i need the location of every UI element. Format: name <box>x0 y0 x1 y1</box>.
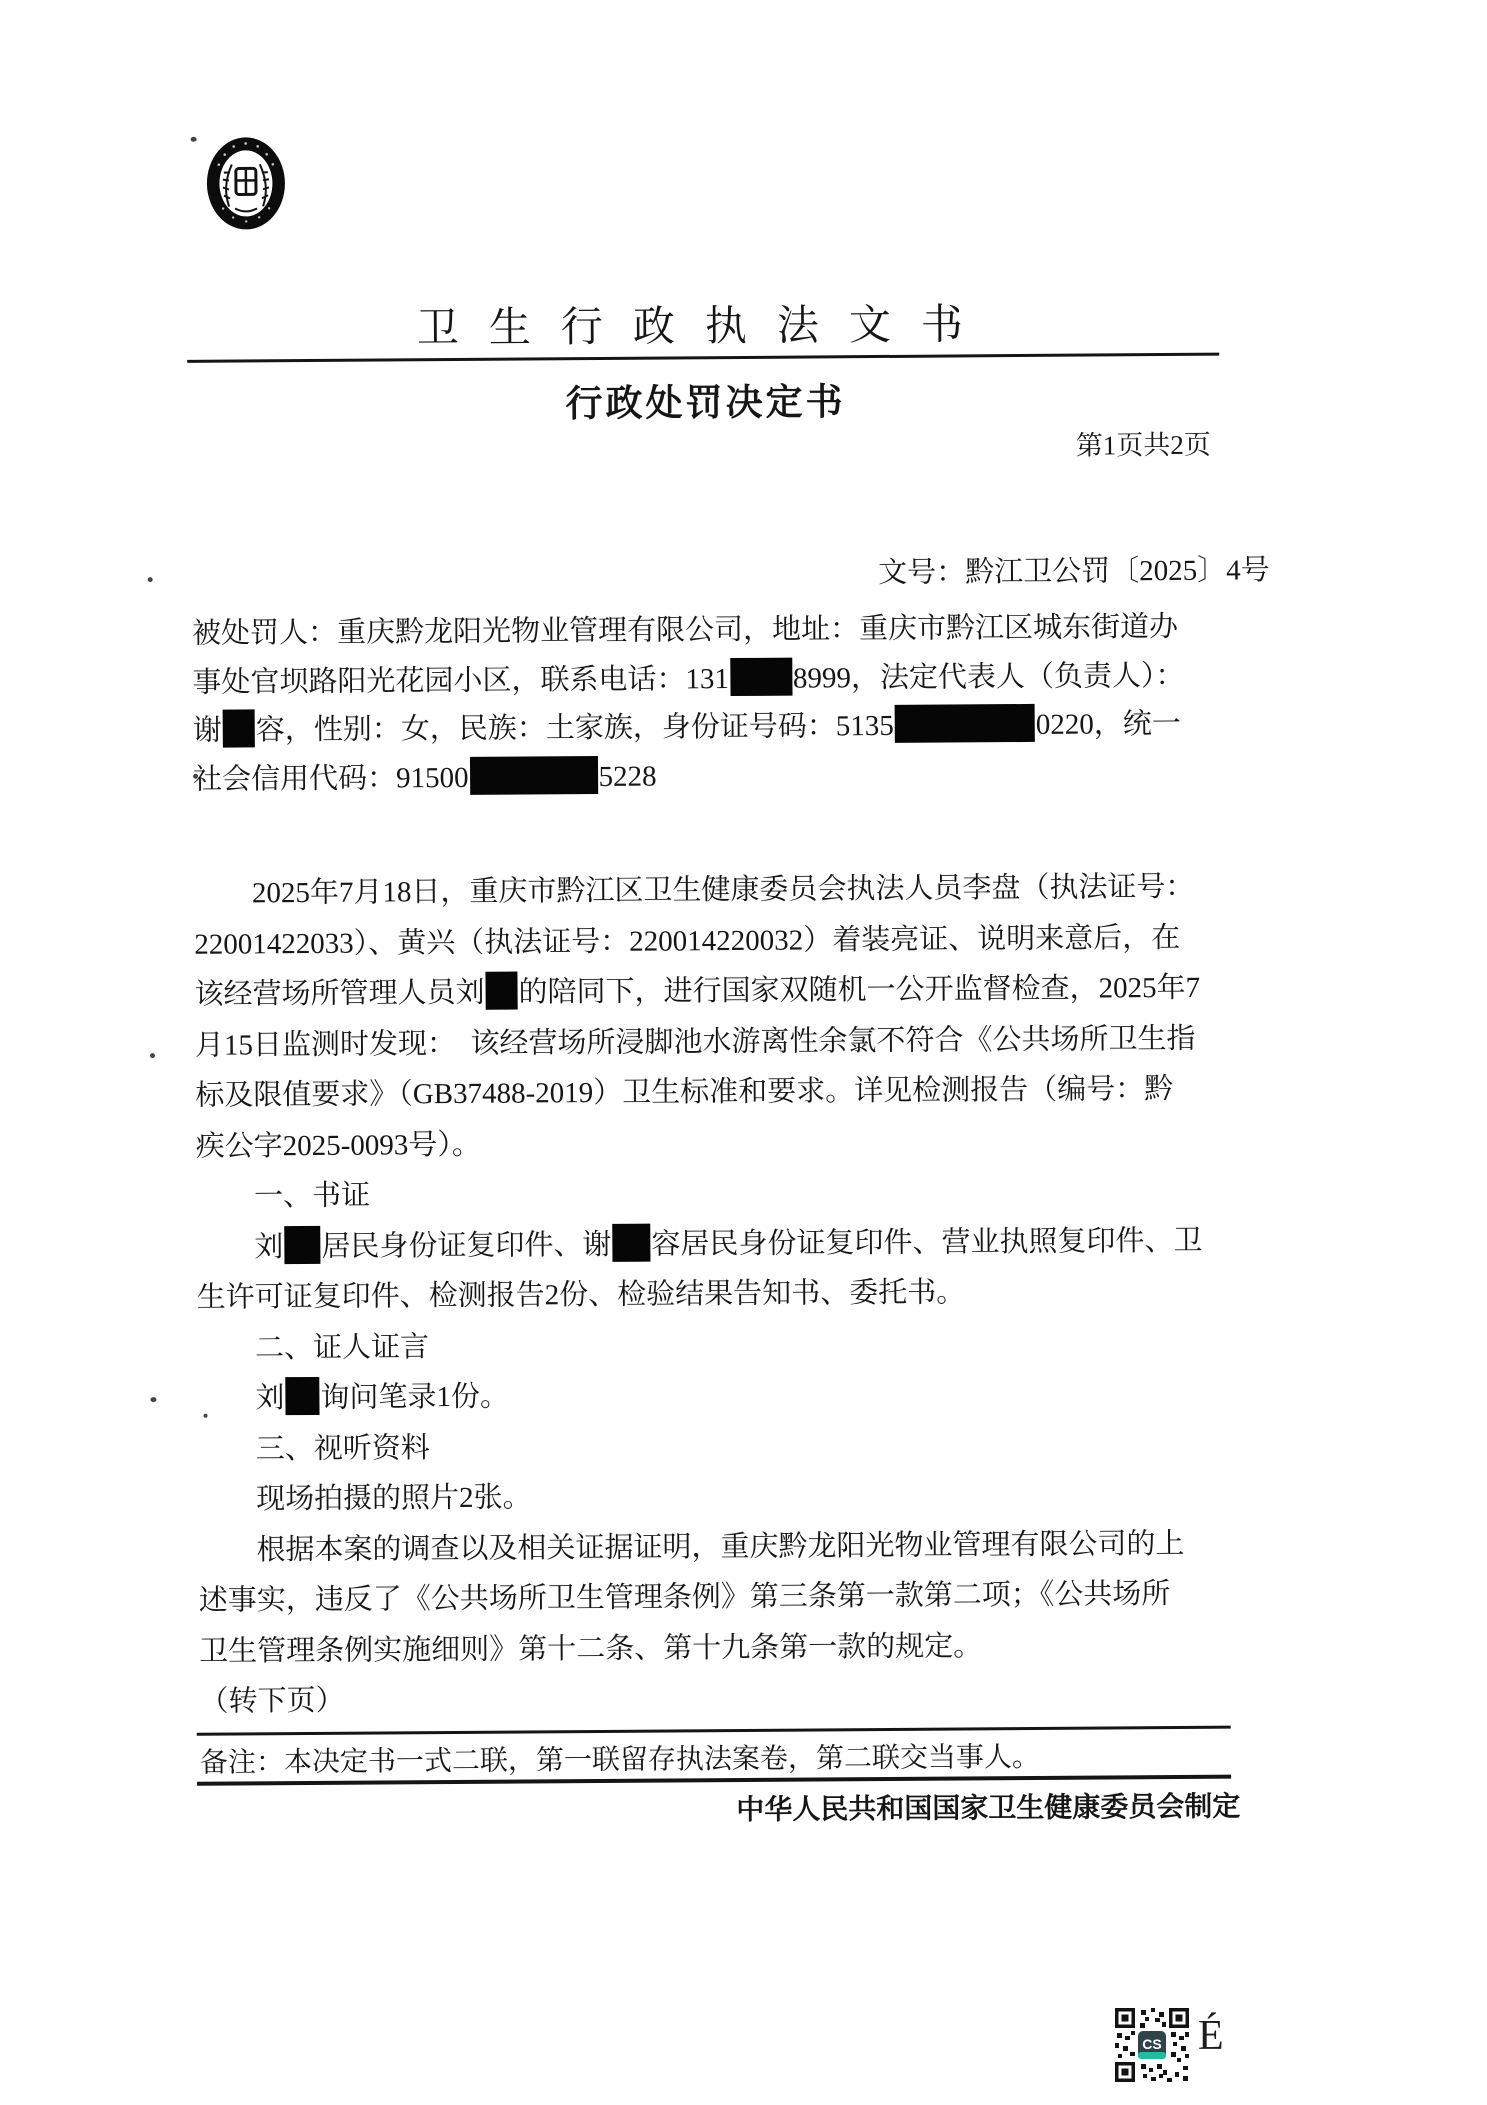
redaction-box <box>485 972 517 1010</box>
text-line: 三、视听资料 <box>198 1417 1238 1475</box>
scan-speck <box>150 1053 155 1058</box>
document-category-title: 卫生行政执法文书 <box>190 290 1220 357</box>
document-number: 文号：黔江卫公罚〔2025〕4号 <box>192 547 1270 596</box>
text-line: 现场拍摄的照片2张。 <box>198 1468 1238 1526</box>
stray-scan-glyph: É <box>1198 2012 1224 2060</box>
text-line: 疾公字2025-0093号）。 <box>195 1114 1235 1172</box>
text-line: 刘居民身份证复印件、谢容居民身份证复印件、营业执照复印件、卫 <box>196 1215 1236 1273</box>
redaction-box <box>285 1377 319 1415</box>
text-line: （转下页） <box>199 1670 1239 1728</box>
text-line: 社会信用代码：915005228 <box>193 748 1233 804</box>
issuer-note: 中华人民共和国国家卫生健康委员会制定 <box>200 1785 1240 1832</box>
text-line: 被处罚人：重庆黔龙阳光物业管理有限公司，地址：重庆市黔江区城东街道办 <box>192 603 1232 659</box>
penalized-party-paragraph: 被处罚人：重庆黔龙阳光物业管理有限公司，地址：重庆市黔江区城东街道办事处官坝路阳… <box>192 603 1233 804</box>
redaction-box <box>223 709 255 747</box>
text-line: 卫生管理条例实施细则》第十二条、第十九条第一款的规定。 <box>199 1619 1239 1677</box>
text-line: 刘询问笔录1份。 <box>197 1367 1237 1425</box>
page-number: 第1页共2页 <box>191 423 1211 469</box>
document-title: 行政处罚决定书 <box>190 369 1220 430</box>
text-line: 述事实，违反了《公共场所卫生管理条例》第三条第一款第二项；《公共场所 <box>199 1569 1239 1627</box>
text-line: 谢容，性别：女，民族：土家族，身份证号码：51350220，统一 <box>193 700 1233 756</box>
text-line: 标及限值要求》（GB37488-2019）卫生标准和要求。详见检测报告（编号：黔 <box>195 1064 1235 1122</box>
text-line: 2025年7月18日，重庆市黔江区卫生健康委员会执法人员李盘（执法证号： <box>194 862 1234 920</box>
text-line: 生许可证复印件、检测报告2份、检验结果告知书、委托书。 <box>197 1266 1237 1324</box>
text-line: 月15日监测时发现： 该经营场所浸脚池水游离性余氯不符合《公共场所卫生指 <box>195 1013 1235 1071</box>
redaction-box <box>284 1225 320 1263</box>
decision-body-paragraphs: 2025年7月18日，重庆市黔江区卫生健康委员会执法人员李盘（执法证号：2200… <box>194 862 1240 1728</box>
redaction-box <box>895 704 1035 743</box>
scan-speck <box>150 1397 156 1402</box>
remark-note: 备注：本决定书一式二联，第一联留存执法案卷，第二联交当事人。 <box>200 1734 1240 1781</box>
health-commission-emblem-icon <box>205 134 288 233</box>
redaction-box <box>612 1223 650 1261</box>
redaction-box <box>469 755 597 794</box>
text-line: 该经营场所管理人员刘的陪同下，进行国家双随机一公开监督检查，2025年7 <box>194 963 1234 1021</box>
scanned-document-page: 卫生行政执法文书 行政处罚决定书 第1页共2页 文号：黔江卫公罚〔2025〕4号… <box>0 0 1487 2105</box>
text-line: 根据本案的调查以及相关证据证明，重庆黔龙阳光物业管理有限公司的上 <box>198 1518 1238 1576</box>
camscanner-badge-icon: CS <box>1138 2031 1166 2059</box>
camscanner-qr-code: CS <box>1115 2008 1189 2082</box>
redaction-box <box>730 657 792 695</box>
camscanner-badge-label: CS <box>1142 2036 1161 2052</box>
scan-speck <box>148 577 153 582</box>
text-line: 22001422033）、黄兴（执法证号：220014220032）着装亮证、说… <box>194 912 1234 970</box>
text-line: 二、证人证言 <box>197 1316 1237 1374</box>
text-line: 一、书证 <box>196 1165 1236 1223</box>
text-line: 事处官坝路阳光花园小区，联系电话：1318999，法定代表人（负责人）： <box>192 651 1232 707</box>
scan-speck <box>191 137 197 142</box>
